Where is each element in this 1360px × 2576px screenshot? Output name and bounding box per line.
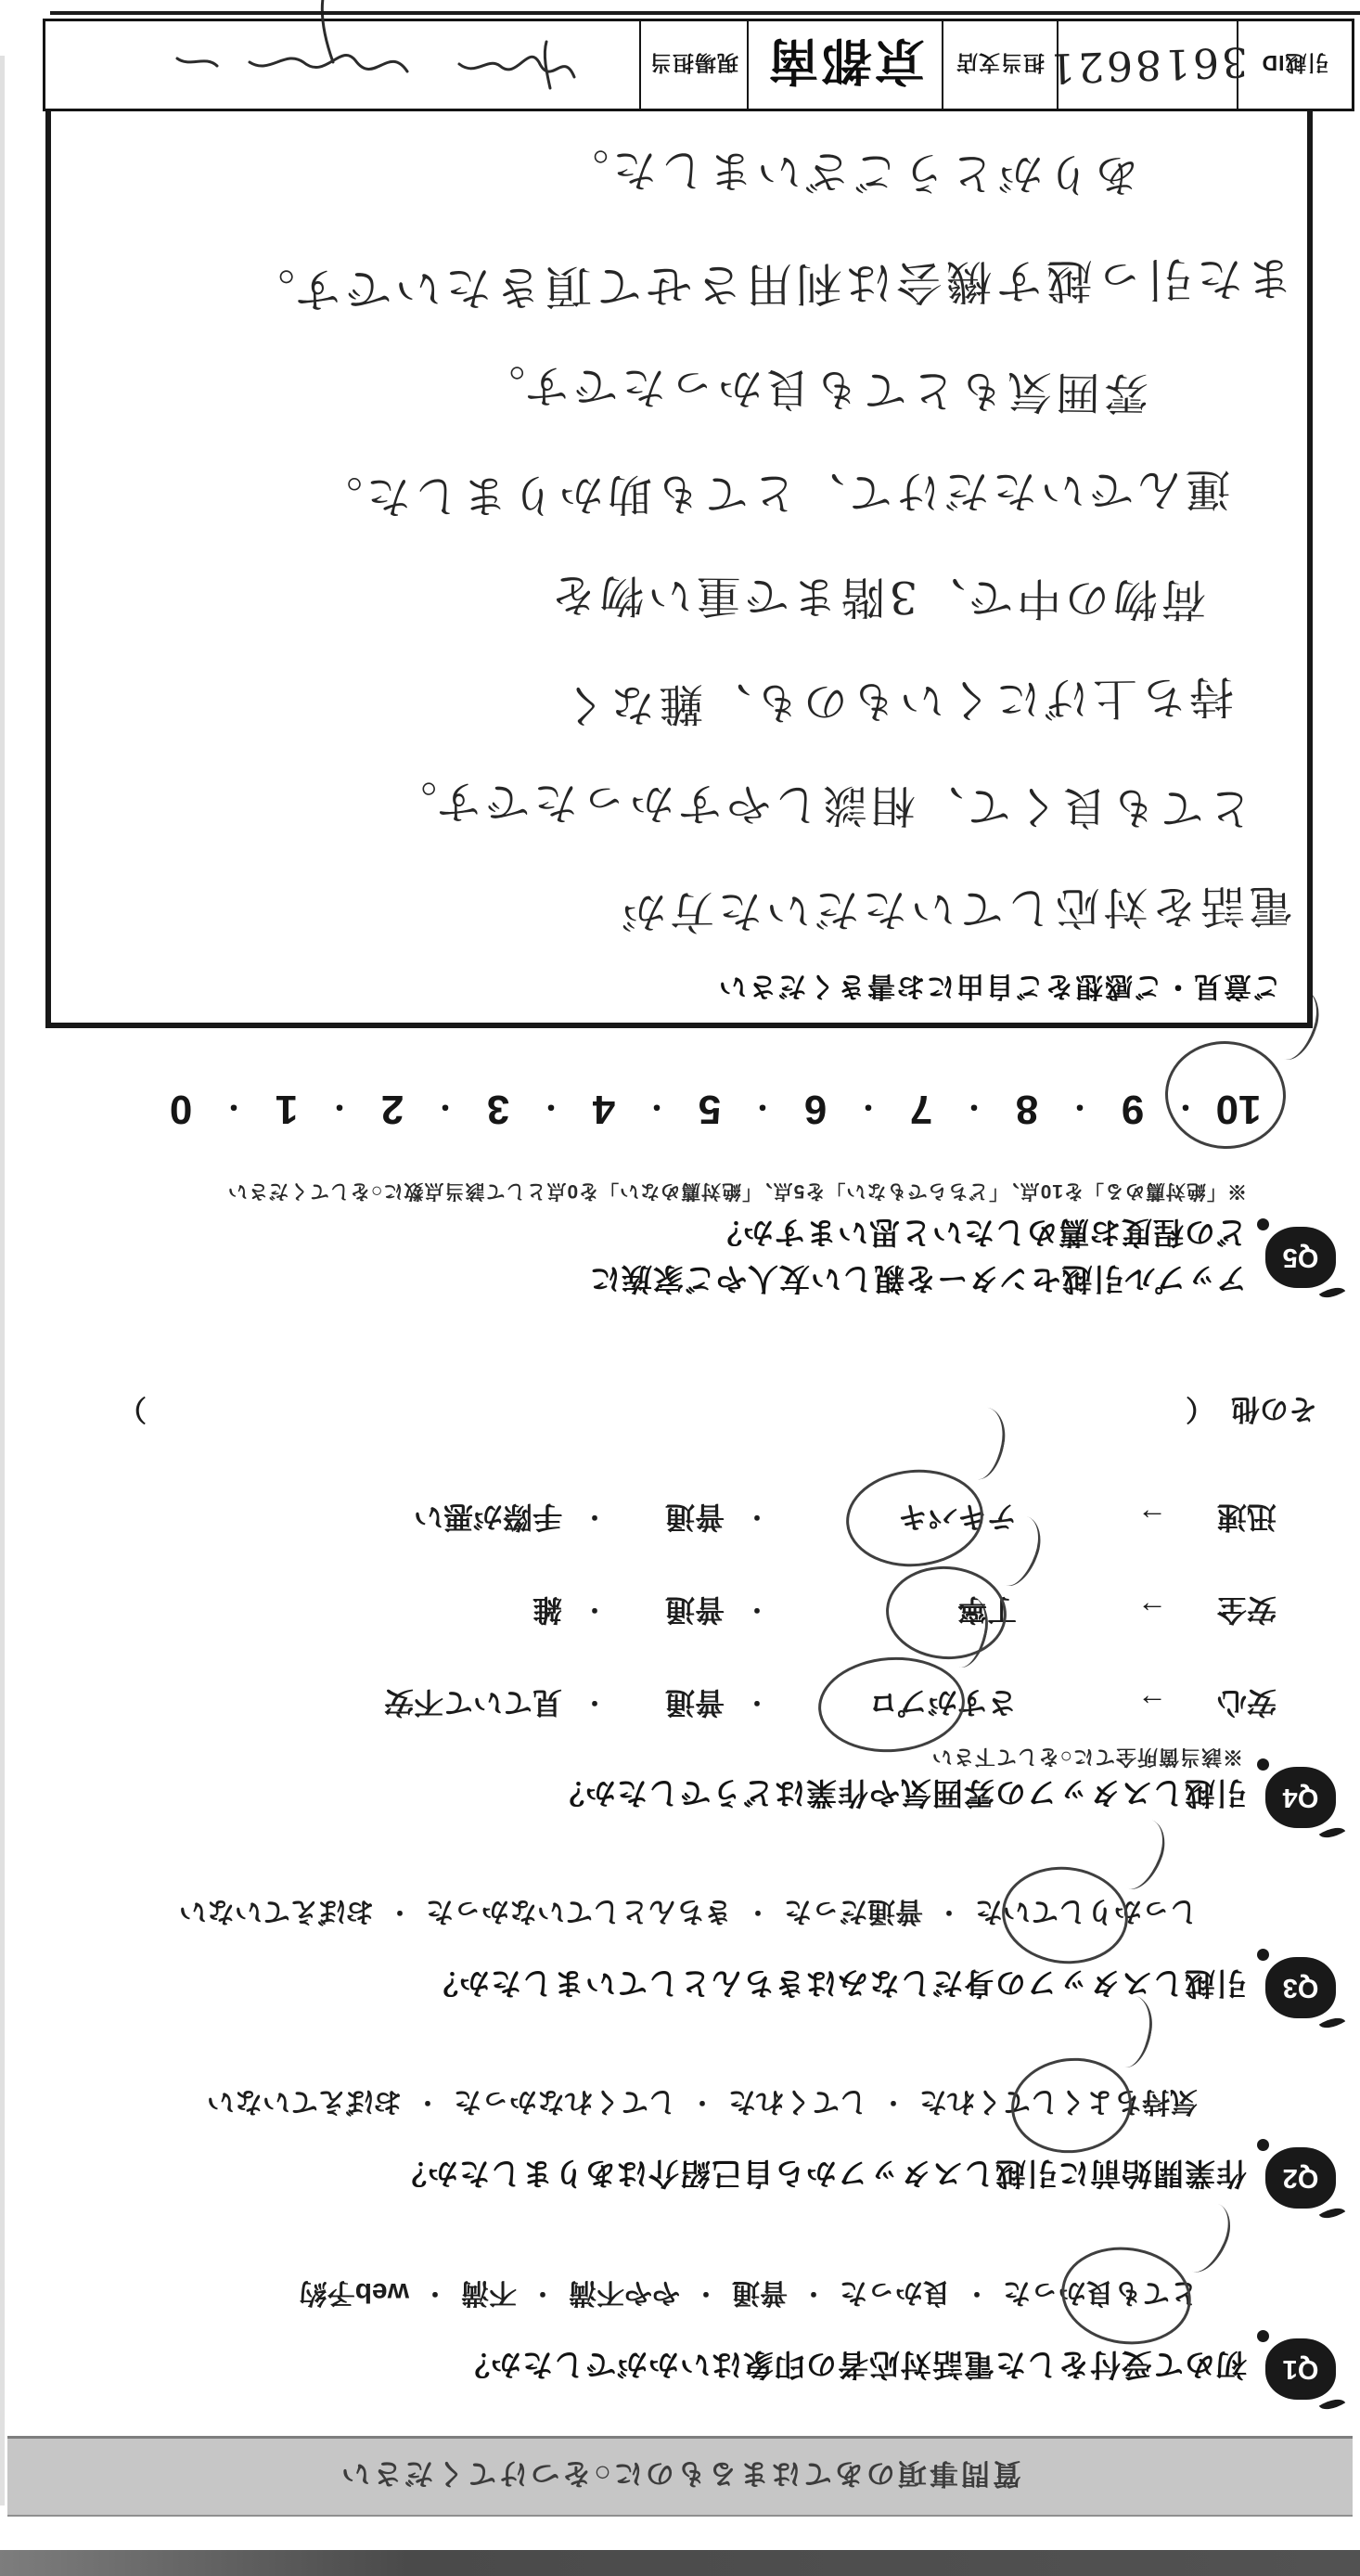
q4-badge-label: Q4 (1283, 1783, 1319, 1813)
branch-value-cell: 京都南 (749, 21, 943, 109)
q4-row2-option-3: 雑 (532, 1591, 562, 1633)
option-separator: ・ (409, 2279, 461, 2313)
q3-badge-label: Q3 (1283, 1973, 1319, 2003)
option-separator: ・ (562, 1595, 627, 1629)
q1-option-4: やや不満 (569, 2275, 680, 2316)
branch-stamp: 京都南 (766, 30, 925, 101)
q5-score-scale: 10 ・ 9 ・ 8 ・ 7 ・ 6 ・ 5 ・ 4 ・ 3 ・ 2 ・ 1 ・… (152, 1086, 1267, 1132)
score-4: 4 (575, 1086, 633, 1132)
open-paren: （ (1186, 1391, 1214, 1433)
q4-other-line: その他 （ ） (118, 1391, 1317, 1433)
scale-separator: ・ (315, 1088, 364, 1129)
staff-label-cell: 現場担当 (641, 21, 749, 109)
q4-row-jinsoku: 迅速 → テキパキ ・ 普通 ・ 手際が悪い (414, 1498, 1277, 1540)
handwritten-circle-q4-jinsoku (842, 1464, 988, 1573)
q4-row2-option-2: 普通 (627, 1591, 725, 1633)
q3-badge-icon: Q3 (1265, 1957, 1336, 2018)
option-separator: ・ (562, 1502, 627, 1537)
handwritten-circle-q1 (1055, 2239, 1197, 2352)
page-edge-line (50, 11, 1360, 15)
option-separator: ・ (725, 1595, 789, 1629)
q3-option-3: きちんとしていなかった (426, 1894, 732, 1935)
q1-option-2: 良かった (840, 2275, 951, 2316)
q4-row1-option-2: 普通 (627, 1683, 725, 1726)
handwritten-line-5: 運んでいただけて、とても助かりました。 (314, 461, 1231, 534)
q4-title: 引越しスタッフの雰囲気や作業はどうでしたか？ (553, 1773, 1247, 1817)
handwritten-circle-q4-anzen (883, 1563, 1010, 1664)
option-separator: ・ (732, 1898, 784, 1932)
scan-edge-strip (0, 2550, 1360, 2576)
q2-badge-label: Q2 (1283, 2163, 1319, 2194)
score-9: 9 (1104, 1086, 1161, 1132)
handwritten-line-2: とても良くて、相談しやすかったです。 (389, 773, 1253, 844)
q5-title-line2: どの程度お薦めしたいと思いますか？ (711, 1213, 1247, 1256)
option-separator: ・ (374, 1898, 426, 1932)
scale-separator: ・ (421, 1088, 469, 1129)
scale-separator: ・ (633, 1088, 681, 1129)
option-separator: ・ (402, 2088, 454, 2122)
handwritten-line-7: また引っ越す機会は利用させて頂きたいです。 (245, 248, 1294, 328)
q2-badge-icon: Q2 (1265, 2147, 1336, 2209)
q5-note: ※「絶対薦める」を10点、「どちらでもない」を5点、「絶対薦めない」を0点として… (227, 1179, 1247, 1206)
q1-title: 初めて受付をした電話対応者の印象はいかがでしたか？ (458, 2345, 1247, 2389)
q2-title: 作業開始前に引越しスタッフから自己紹介はありましたか？ (395, 2154, 1247, 2197)
q1-option-6: web予約 (300, 2275, 409, 2316)
handwritten-circle-q3 (997, 1861, 1133, 1970)
score-2: 2 (364, 1086, 421, 1132)
handwritten-circle-q2 (1007, 2052, 1136, 2158)
q4-row3-label: 迅速 (1167, 1498, 1277, 1540)
staff-signature-cell (45, 21, 641, 109)
option-separator: ・ (951, 2279, 1003, 2313)
handwritten-circle-q5-score-10 (1162, 1038, 1289, 1153)
score-7: 7 (892, 1086, 950, 1132)
q3-title: 引越しスタッフの身だしなみはきちんとしていましたか？ (427, 1964, 1247, 2007)
handwritten-circle-q4-anshin (815, 1653, 969, 1758)
q4-row1-label: 安心 (1167, 1683, 1277, 1726)
branch-label: 担当支店 (956, 50, 1045, 81)
q2-option-3: してくれなかった (454, 2084, 676, 2125)
moving-id-label: 引越ID (1262, 50, 1329, 81)
score-5: 5 (681, 1086, 738, 1132)
q4-row1-option-3: 見ていて不安 (384, 1683, 562, 1726)
instruction-bar-text: 質問事項のあてはまるものに○をつけてください (339, 2456, 1021, 2498)
scale-separator: ・ (1056, 1088, 1104, 1129)
handwritten-signature (45, 21, 639, 109)
q5-badge-icon: Q5 (1265, 1227, 1336, 1288)
option-separator: ・ (517, 2279, 569, 2313)
staff-label: 現場担当 (649, 50, 738, 81)
scale-separator: ・ (210, 1088, 258, 1129)
id-table: 引越ID 3618621 担当支店 京都南 現場担当 (43, 19, 1354, 111)
option-separator: ・ (867, 2088, 919, 2122)
scale-separator: ・ (738, 1088, 787, 1129)
score-1: 1 (258, 1086, 315, 1132)
comment-box-header: ご意見・ご感想をご自由にお書きください (717, 969, 1281, 1010)
arrow-icon: → (1110, 1688, 1167, 1722)
option-separator: ・ (725, 1688, 789, 1722)
option-separator: ・ (680, 2279, 732, 2313)
q1-option-5: 不満 (461, 2275, 517, 2316)
option-separator: ・ (562, 1688, 627, 1722)
handwritten-line-1: 電話を対応していただいた方が (618, 877, 1294, 948)
arrow-icon: → (1110, 1502, 1167, 1537)
q4-badge-icon: Q4 (1265, 1767, 1336, 1828)
scale-separator: ・ (527, 1088, 575, 1129)
q4-other-label: その他 (1231, 1391, 1317, 1433)
q4-row3-option-3: 手際が悪い (414, 1498, 562, 1540)
close-paren: ） (118, 1391, 147, 1433)
q4-note: ※該当箇所全てに○をして下さい (931, 1744, 1243, 1772)
branch-label-cell: 担当支店 (943, 21, 1058, 109)
q3-option-2: 普通だった (784, 1894, 923, 1935)
score-0: 0 (152, 1086, 210, 1132)
q2-option-4: おぼえていない (207, 2084, 402, 2125)
q1-badge-label: Q1 (1283, 2354, 1319, 2385)
q5-title-line1: アップル引越センターを親しい友人やご家族に (589, 1259, 1247, 1303)
q4-row2-label: 安全 (1167, 1591, 1277, 1633)
q1-badge-icon: Q1 (1265, 2338, 1336, 2400)
moving-id-label-cell: 引越ID (1238, 21, 1352, 109)
instruction-bar: 質問事項のあてはまるものに○をつけてください (7, 2436, 1353, 2517)
option-separator: ・ (725, 1502, 789, 1537)
scan-edge-shadow (0, 56, 5, 2505)
scale-separator: ・ (950, 1088, 998, 1129)
handwritten-line-4: 荷物の中で、3階まで重い物を (547, 567, 1206, 636)
score-8: 8 (998, 1086, 1056, 1132)
scale-separator: ・ (844, 1088, 892, 1129)
handwritten-line-8: ありがとうございました。 (560, 141, 1140, 212)
handwritten-line-3: 持ち上げにくいものも、難なく (558, 668, 1235, 741)
option-separator: ・ (923, 1898, 975, 1932)
option-separator: ・ (788, 2279, 840, 2313)
q2-option-2: してくれた (728, 2084, 867, 2125)
upside-down-document: 質問事項のあてはまるものに○をつけてください Q1 初めて受付をした電話対応者の… (0, 0, 1360, 2576)
moving-id-value-cell: 3618621 (1058, 21, 1238, 109)
scanned-survey-sheet: 質問事項のあてはまるものに○をつけてください Q1 初めて受付をした電話対応者の… (0, 0, 1360, 2576)
score-6: 6 (787, 1086, 844, 1132)
q3-option-4: おぼえていない (179, 1894, 374, 1935)
q4-row3-option-2: 普通 (627, 1498, 725, 1540)
option-separator: ・ (676, 2088, 728, 2122)
q5-badge-label: Q5 (1283, 1243, 1319, 1273)
q1-option-3: 普通 (732, 2275, 788, 2316)
score-3: 3 (469, 1086, 527, 1132)
handwritten-line-6: 雰囲気もとても良かったです。 (476, 357, 1148, 430)
moving-id-value: 3618621 (1046, 38, 1250, 93)
arrow-icon: → (1110, 1595, 1167, 1629)
